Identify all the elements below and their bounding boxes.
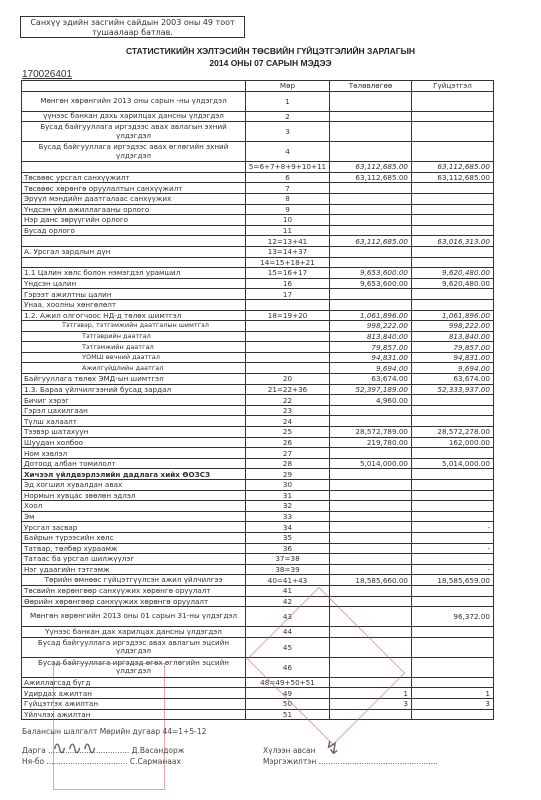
actual-value: 1,061,896.00 bbox=[412, 310, 494, 321]
table-row: Мөнгөн хөрөнгийн 2013 оны 01 сарын 31-ны… bbox=[22, 607, 494, 627]
row-label: Дотоод албан томилолт bbox=[22, 458, 246, 469]
actual-value bbox=[412, 585, 494, 596]
row-label: Бусад байгууллага иргэдээс авах өглөгийн… bbox=[22, 142, 246, 162]
row-label: Байгууллага төлөх ЭМД-ын шимтгэл bbox=[22, 374, 246, 385]
table-row: 5=6+7+8+9+10+1163,112,685.0063,112,685.0… bbox=[22, 162, 494, 173]
row-label bbox=[22, 162, 246, 173]
row-label bbox=[22, 236, 246, 247]
actual-value: - bbox=[412, 522, 494, 533]
plan-value: 5,014,000.00 bbox=[330, 458, 412, 469]
header-actual: Гүйцэтгэл bbox=[412, 81, 494, 92]
row-number: 26 bbox=[246, 437, 330, 448]
plan-value bbox=[330, 480, 412, 491]
table-row: Гэрээт ажилтны цалин17 bbox=[22, 289, 494, 300]
plan-value bbox=[330, 215, 412, 226]
plan-value bbox=[330, 257, 412, 268]
plan-value bbox=[330, 585, 412, 596]
actual-value bbox=[412, 289, 494, 300]
row-number: 37=38 bbox=[246, 554, 330, 565]
row-number: 10 bbox=[246, 215, 330, 226]
report-subtitle: 2014 ОНЫ 07 САРЫН МЭДЭЭ bbox=[0, 58, 541, 68]
table-row: Нормын хувцас зөөлөн эдлэл31 bbox=[22, 490, 494, 501]
plan-value: 28,572,789.00 bbox=[330, 427, 412, 438]
actual-value bbox=[412, 416, 494, 427]
plan-value bbox=[330, 490, 412, 501]
row-number: 25 bbox=[246, 427, 330, 438]
row-number: 13=14+37 bbox=[246, 246, 330, 257]
header-plan: Төлөвлөгөө bbox=[330, 81, 412, 92]
row-label: Мөнгөн хөрөнгийн 2013 оны сарын -ны үлдэ… bbox=[22, 91, 246, 111]
actual-value: 52,333,937.00 bbox=[412, 384, 494, 395]
plan-value: 4,960.00 bbox=[330, 395, 412, 406]
specialist-label: Мэргэжилтэн bbox=[263, 757, 316, 766]
row-label: Эрүүл мэндийн даатгалаас санхүүжих bbox=[22, 193, 246, 204]
table-row: Үндсэн үйл ажиллагааны орлого9 bbox=[22, 204, 494, 215]
plan-value: 998,222.00 bbox=[330, 321, 412, 332]
plan-value: 9,694.00 bbox=[330, 363, 412, 374]
row-number: 24 bbox=[246, 416, 330, 427]
table-row: Урсгал засвар34- bbox=[22, 522, 494, 533]
actual-value bbox=[412, 405, 494, 416]
table-row: Дотоод албан томилолт285,014,000.005,014… bbox=[22, 458, 494, 469]
table-row: 1.1 Цалин хөлс болон нэмэгдэл урамшил15=… bbox=[22, 268, 494, 279]
specialist-signature-icon: ↯ bbox=[325, 738, 340, 759]
actual-value: 9,694.00 bbox=[412, 363, 494, 374]
actual-value bbox=[412, 637, 494, 657]
row-number: 30 bbox=[246, 480, 330, 491]
table-row: Төрийн өмнөөс гүйцэтгүүлсэн ажил үйлчилг… bbox=[22, 575, 494, 586]
actual-value: - bbox=[412, 543, 494, 554]
plan-value: 9,653,600.00 bbox=[330, 278, 412, 289]
plan-value: 219,780.00 bbox=[330, 437, 412, 448]
plan-value bbox=[330, 299, 412, 310]
row-number: 28 bbox=[246, 458, 330, 469]
actual-value bbox=[412, 204, 494, 215]
plan-value bbox=[330, 183, 412, 194]
plan-value: 1,061,896.00 bbox=[330, 310, 412, 321]
row-label: Тэтгэвэр, тэтгэмжийн даатгалын шимтгэл bbox=[22, 321, 246, 332]
table-row: Бичиг хэрэг224,960.00 bbox=[22, 395, 494, 406]
specialist-signature-line: Мэргэжилтэн ............................… bbox=[263, 757, 438, 766]
plan-value bbox=[330, 543, 412, 554]
plan-value bbox=[330, 596, 412, 607]
row-label: Бичиг хэрэг bbox=[22, 395, 246, 406]
plan-value: 63,112,685.00 bbox=[330, 162, 412, 173]
approval-note: Санхүү эдийн засгийн сайдын 2003 оны 49 … bbox=[20, 16, 245, 38]
accountant-label: Ня-бо bbox=[22, 757, 44, 766]
table-row: Эд хогшил хувалдан авах30 bbox=[22, 480, 494, 491]
plan-value bbox=[330, 416, 412, 427]
table-row: 14=15+18+21 bbox=[22, 257, 494, 268]
row-number: 33 bbox=[246, 511, 330, 522]
plan-value bbox=[330, 193, 412, 204]
plan-value: 52,397,189.00 bbox=[330, 384, 412, 395]
row-number: 11 bbox=[246, 225, 330, 236]
plan-value: 813,840.00 bbox=[330, 331, 412, 342]
actual-value: 63,112,685.00 bbox=[412, 162, 494, 173]
plan-value bbox=[330, 469, 412, 480]
row-number: 38=39 bbox=[246, 564, 330, 575]
actual-value bbox=[412, 469, 494, 480]
actual-value bbox=[412, 657, 494, 677]
row-number: 3 bbox=[246, 122, 330, 142]
plan-value bbox=[330, 522, 412, 533]
row-number: 34 bbox=[246, 522, 330, 533]
actual-value bbox=[412, 183, 494, 194]
actual-value: 813,840.00 bbox=[412, 331, 494, 342]
table-row: Хичээл үйлдвэрлэлийн дадлага хийх ӨОЗСЗ2… bbox=[22, 469, 494, 480]
actual-value: 63,016,313.00 bbox=[412, 236, 494, 247]
row-number: 6 bbox=[246, 172, 330, 183]
row-label: Байрын түрээсийн хөлс bbox=[22, 532, 246, 543]
row-label: Түлш халаалт bbox=[22, 416, 246, 427]
table-row: Хоол32 bbox=[22, 501, 494, 512]
row-label: Төрийн өмнөөс гүйцэтгүүлсэн ажил үйлчилг… bbox=[22, 575, 246, 586]
plan-value bbox=[330, 225, 412, 236]
actual-value: 3 bbox=[412, 698, 494, 709]
row-label bbox=[22, 257, 246, 268]
plan-value bbox=[330, 142, 412, 162]
table-row: Татвар, төлбөр хураамж36- bbox=[22, 543, 494, 554]
actual-value bbox=[412, 257, 494, 268]
actual-value: 94,831.00 bbox=[412, 352, 494, 363]
plan-value: 63,112,685.00 bbox=[330, 236, 412, 247]
row-number: 31 bbox=[246, 490, 330, 501]
row-label: Хоол bbox=[22, 501, 246, 512]
table-row: Шуудан холбоо26219,780.00162,000.00 bbox=[22, 437, 494, 448]
actual-value bbox=[412, 246, 494, 257]
row-label: Хичээл үйлдвэрлэлийн дадлага хийх ӨОЗСЗ bbox=[22, 469, 246, 480]
table-row: Бусад байгууллага иргэдээс авах авлагын … bbox=[22, 122, 494, 142]
actual-value bbox=[412, 299, 494, 310]
row-label: Шуудан холбоо bbox=[22, 437, 246, 448]
table-row: Нэр данс зөрүүгийн орлого10 bbox=[22, 215, 494, 226]
plan-value: 63,112,685.00 bbox=[330, 172, 412, 183]
row-number bbox=[246, 331, 330, 342]
table-row: 1.2. Ажил олгогчоос НД-д төлөх шимтгэл18… bbox=[22, 310, 494, 321]
actual-value bbox=[412, 122, 494, 142]
row-label: Нормын хувцас зөөлөн эдлэл bbox=[22, 490, 246, 501]
row-label: 1.3. Бараа үйлчилгээний бусад зардал bbox=[22, 384, 246, 395]
plan-value bbox=[330, 122, 412, 142]
actual-value: 96,372.00 bbox=[412, 607, 494, 627]
row-label: Төсвөөс урсгал санхүүжилт bbox=[22, 172, 246, 183]
table-row: Мөнгөн хөрөнгийн 2013 оны сарын -ны үлдэ… bbox=[22, 91, 494, 111]
row-number: 27 bbox=[246, 448, 330, 459]
actual-value: 79,857.00 bbox=[412, 342, 494, 353]
table-header-row: Мөр Төлөвлөгөө Гүйцэтгэл bbox=[22, 81, 494, 92]
header-name bbox=[22, 81, 246, 92]
row-label: Татаас ба урсгал шилжүүлэг bbox=[22, 554, 246, 565]
org-code: 170026401 bbox=[22, 69, 72, 80]
row-number: 12=13+41 bbox=[246, 236, 330, 247]
header-row-number: Мөр bbox=[246, 81, 330, 92]
table-row: Үүнээс банкан дах харилцах дансны үлдэгд… bbox=[22, 627, 494, 638]
table-row: Татаас ба урсгал шилжүүлэг37=38 bbox=[22, 554, 494, 565]
director-signature-icon: ∿∿∿ bbox=[52, 738, 97, 759]
actual-value bbox=[412, 395, 494, 406]
row-label: Татвар, төлбөр хураамж bbox=[22, 543, 246, 554]
row-label: Гэрээт ажилтны цалин bbox=[22, 289, 246, 300]
actual-value: 1 bbox=[412, 688, 494, 699]
table-row: Унаа, хоолны хөнгөлөлт bbox=[22, 299, 494, 310]
actual-value bbox=[412, 215, 494, 226]
row-label: Эм bbox=[22, 511, 246, 522]
row-label: Төсвийн хөрөнгөөр санхүүжих хөрөнгө оруу… bbox=[22, 585, 246, 596]
director-signature-line: Дарга ..................................… bbox=[22, 746, 185, 755]
actual-value bbox=[412, 532, 494, 543]
actual-value bbox=[412, 480, 494, 491]
row-number: 21=22+36 bbox=[246, 384, 330, 395]
row-label: үүнээс банкан дахь харилцах дансны үлдэг… bbox=[22, 111, 246, 122]
row-label: Нэг удаагийн тэтгэмж bbox=[22, 564, 246, 575]
row-label: Мөнгөн хөрөнгийн 2013 оны 01 сарын 31-ны… bbox=[22, 607, 246, 627]
row-number: 9 bbox=[246, 204, 330, 215]
actual-value bbox=[412, 448, 494, 459]
row-label: Эд хогшил хувалдан авах bbox=[22, 480, 246, 491]
plan-value bbox=[330, 564, 412, 575]
expense-report-table: Мөр Төлөвлөгөө Гүйцэтгэл Мөнгөн хөрөнгий… bbox=[21, 80, 494, 720]
row-label: А. Урсгал зардлын дүн bbox=[22, 246, 246, 257]
row-label: Бусад байгууллага иргэдээс авах авлагын … bbox=[22, 637, 246, 657]
actual-value bbox=[412, 91, 494, 111]
row-number bbox=[246, 299, 330, 310]
row-number: 4 bbox=[246, 142, 330, 162]
row-number bbox=[246, 363, 330, 374]
table-row: Тэтгэврийн даатгал813,840.00813,840.00 bbox=[22, 331, 494, 342]
plan-value bbox=[330, 246, 412, 257]
row-label: Тээвэр шатахуун bbox=[22, 427, 246, 438]
actual-value: - bbox=[412, 564, 494, 575]
table-row: Тэтгэмжийн даатгал79,857.0079,857.00 bbox=[22, 342, 494, 353]
row-label: Үндсэн цалин bbox=[22, 278, 246, 289]
table-row: Тэтгэвэр, тэтгэмжийн даатгалын шимтгэл99… bbox=[22, 321, 494, 332]
row-number: 7 bbox=[246, 183, 330, 194]
row-label: Урсгал засвар bbox=[22, 522, 246, 533]
table-row: Эм33 bbox=[22, 511, 494, 522]
row-number: 22 bbox=[246, 395, 330, 406]
table-row: 12=13+4163,112,685.0063,016,313.00 bbox=[22, 236, 494, 247]
row-label: Бусад орлого bbox=[22, 225, 246, 236]
row-number: 15=16+17 bbox=[246, 268, 330, 279]
table-row: Ном хэвлэл27 bbox=[22, 448, 494, 459]
row-number bbox=[246, 321, 330, 332]
actual-value: 28,572,278.00 bbox=[412, 427, 494, 438]
actual-value: 18,585,659.00 bbox=[412, 575, 494, 586]
table-body: Мөнгөн хөрөнгийн 2013 оны сарын -ны үлдэ… bbox=[22, 91, 494, 720]
plan-value bbox=[330, 501, 412, 512]
plan-value bbox=[330, 91, 412, 111]
row-label: 1.2. Ажил олгогчоос НД-д төлөх шимтгэл bbox=[22, 310, 246, 321]
table-row: Төсвөөс урсгал санхүүжилт663,112,685.006… bbox=[22, 172, 494, 183]
row-label: Өөрийн хөрөнгөөр санхүүжих хөрөнгө оруул… bbox=[22, 596, 246, 607]
actual-value bbox=[412, 501, 494, 512]
row-number bbox=[246, 352, 330, 363]
table-row: Үндсэн цалин169,653,600.009,620,480.00 bbox=[22, 278, 494, 289]
table-row: үүнээс банкан дахь харилцах дансны үлдэг… bbox=[22, 111, 494, 122]
actual-value: 9,620,480.00 bbox=[412, 268, 494, 279]
actual-value: 9,620,480.00 bbox=[412, 278, 494, 289]
plan-value bbox=[330, 111, 412, 122]
row-number: 17 bbox=[246, 289, 330, 300]
plan-value bbox=[330, 405, 412, 416]
row-number: 35 bbox=[246, 532, 330, 543]
row-number: 18=19+20 bbox=[246, 310, 330, 321]
plan-value bbox=[330, 511, 412, 522]
plan-value bbox=[330, 289, 412, 300]
row-label: Бусад байгууллага иргэдээс авах авлагын … bbox=[22, 122, 246, 142]
actual-value: 162,000.00 bbox=[412, 437, 494, 448]
row-number: 40=41+43 bbox=[246, 575, 330, 586]
actual-value bbox=[412, 225, 494, 236]
table-row: Бусад орлого11 bbox=[22, 225, 494, 236]
actual-value bbox=[412, 627, 494, 638]
actual-value bbox=[412, 111, 494, 122]
row-label: Ажилгүйдлийн даатгал bbox=[22, 363, 246, 374]
row-label: Нэр данс зөрүүгийн орлого bbox=[22, 215, 246, 226]
row-number: 32 bbox=[246, 501, 330, 512]
table-row: Гэрэл цахилгаан23 bbox=[22, 405, 494, 416]
plan-value: 79,857.00 bbox=[330, 342, 412, 353]
row-label: 1.1 Цалин хөлс болон нэмэгдэл урамшил bbox=[22, 268, 246, 279]
row-number bbox=[246, 342, 330, 353]
plan-value bbox=[330, 532, 412, 543]
plan-value: 63,674.00 bbox=[330, 374, 412, 385]
table-row: Нэг удаагийн тэтгэмж38=39- bbox=[22, 564, 494, 575]
plan-value bbox=[330, 448, 412, 459]
row-number: 1 bbox=[246, 91, 330, 111]
row-number: 2 bbox=[246, 111, 330, 122]
actual-value: 63,674.00 bbox=[412, 374, 494, 385]
row-number: 36 bbox=[246, 543, 330, 554]
row-label: Тэтгэврийн даатгал bbox=[22, 331, 246, 342]
table-row: ҮОМШ өвчний даатгал94,831.0094,831.00 bbox=[22, 352, 494, 363]
row-number: 16 bbox=[246, 278, 330, 289]
actual-value: 998,222.00 bbox=[412, 321, 494, 332]
row-number: 29 bbox=[246, 469, 330, 480]
director-label: Дарга bbox=[22, 746, 46, 755]
row-number: 8 bbox=[246, 193, 330, 204]
table-row: Өөрийн хөрөнгөөр санхүүжих хөрөнгө оруул… bbox=[22, 596, 494, 607]
table-row: Байрын түрээсийн хөлс35 bbox=[22, 532, 494, 543]
table-row: 1.3. Бараа үйлчилгээний бусад зардал21=2… bbox=[22, 384, 494, 395]
actual-value bbox=[412, 142, 494, 162]
row-label: ҮОМШ өвчний даатгал bbox=[22, 352, 246, 363]
row-number: 20 bbox=[246, 374, 330, 385]
plan-value: 9,653,600.00 bbox=[330, 268, 412, 279]
table-row: Тээвэр шатахуун2528,572,789.0028,572,278… bbox=[22, 427, 494, 438]
accountant-signature-line: Ня-бо ..................................… bbox=[22, 757, 181, 766]
actual-value bbox=[412, 511, 494, 522]
actual-value: 5,014,000.00 bbox=[412, 458, 494, 469]
plan-value: 94,831.00 bbox=[330, 352, 412, 363]
actual-value bbox=[412, 677, 494, 688]
row-number: 5=6+7+8+9+10+11 bbox=[246, 162, 330, 173]
table-row: Байгууллага төлөх ЭМД-ын шимтгэл2063,674… bbox=[22, 374, 494, 385]
table-row: Төсвөөс хөрөнгө оруулалтын санхүүжилт7 bbox=[22, 183, 494, 194]
director-name: Д.Васандорж bbox=[132, 746, 185, 755]
accountant-name: С.Сарманаах bbox=[130, 757, 181, 766]
row-number: 14=15+18+21 bbox=[246, 257, 330, 268]
actual-value bbox=[412, 490, 494, 501]
plan-value bbox=[330, 204, 412, 215]
table-row: Төсвийн хөрөнгөөр санхүүжих хөрөнгө оруу… bbox=[22, 585, 494, 596]
received-label: Хүлээн авсан bbox=[263, 746, 316, 755]
table-row: А. Урсгал зардлын дүн13=14+37 bbox=[22, 246, 494, 257]
table-row: Бусад байгууллага иргэдээс авах өглөгийн… bbox=[22, 142, 494, 162]
row-label: Гэрэл цахилгаан bbox=[22, 405, 246, 416]
row-label: Ном хэвлэл bbox=[22, 448, 246, 459]
table-row: Ажилгүйдлийн даатгал9,694.009,694.00 bbox=[22, 363, 494, 374]
plan-value: 18,585,660.00 bbox=[330, 575, 412, 586]
actual-value bbox=[412, 554, 494, 565]
table-row: Түлш халаалт24 bbox=[22, 416, 494, 427]
actual-value bbox=[412, 596, 494, 607]
row-label: Төсвөөс хөрөнгө оруулалтын санхүүжилт bbox=[22, 183, 246, 194]
row-label: Тэтгэмжийн даатгал bbox=[22, 342, 246, 353]
table-row: Эрүүл мэндийн даатгалаас санхүүжих8 bbox=[22, 193, 494, 204]
plan-value bbox=[330, 554, 412, 565]
row-label: Унаа, хоолны хөнгөлөлт bbox=[22, 299, 246, 310]
row-label: Үүнээс банкан дах харилцах дансны үлдэгд… bbox=[22, 627, 246, 638]
row-label: Үндсэн үйл ажиллагааны орлого bbox=[22, 204, 246, 215]
row-number: 23 bbox=[246, 405, 330, 416]
balance-check-note: Балансын шалгалт Мөрийн дугаар 44=1+5-12 bbox=[22, 727, 206, 736]
actual-value: 63,112,685.00 bbox=[412, 172, 494, 183]
report-title: СТАТИСТИКИЙН ХЭЛТЭСИЙН ТӨСВИЙН ГҮЙЦЭТГЭЛ… bbox=[0, 46, 541, 56]
actual-value bbox=[412, 193, 494, 204]
actual-value bbox=[412, 709, 494, 720]
